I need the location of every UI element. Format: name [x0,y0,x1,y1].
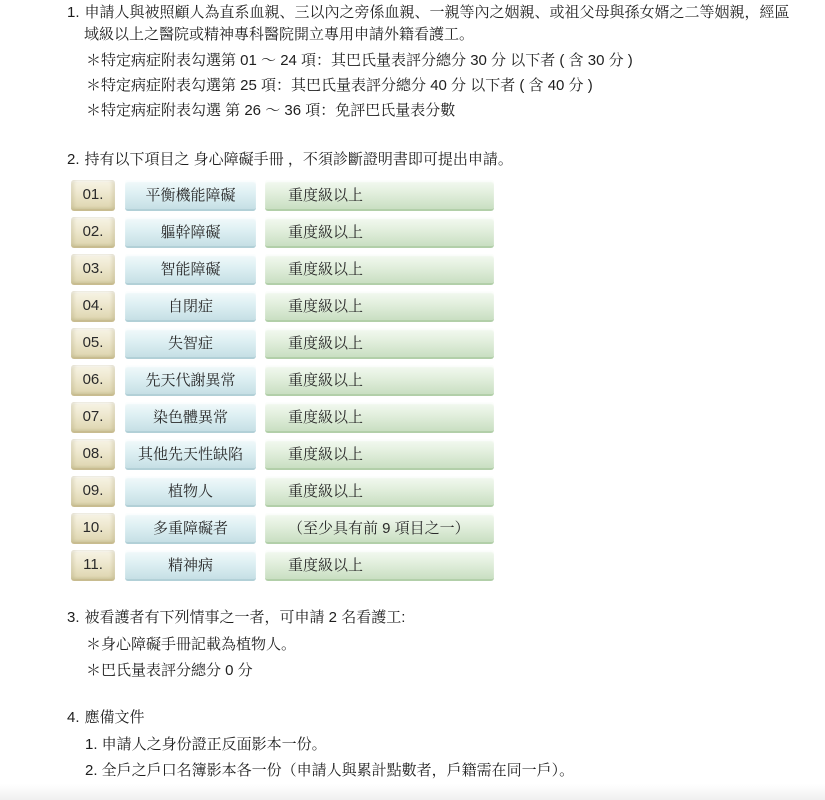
section-1-paragraph: 1.申請人與被照顧人為直系血親、三以內之旁係血親、一親等內之姻親、或祖父母與孫女… [67,2,799,46]
list-item: 1. 申請人之身份證正反面影本一份。 [85,732,811,758]
section-2-heading: 2.持有以下項目之 身心障礙手冊 ，不須診斷證明書即可提出申請。 [67,149,811,171]
table-row: 08. 其他先天性缺陷 重度級以上 [71,439,811,470]
list-item: 2. 全戶之戶口名簿影本各一份（申請人與累計點數者，戶籍需在同一戶）。 [85,758,811,784]
table-row: 10. 多重障礙者 （至少具有前 9 項目之一） [71,513,811,544]
row-level-cell: 重度級以上 [265,439,494,470]
row-number-cell: 02. [71,217,115,248]
table-row: 11. 精神病 重度級以上 [71,550,811,581]
disability-table: 01. 平衡機能障礙 重度級以上 02. 軀幹障礙 重度級以上 03. 智能障礙… [71,180,811,581]
row-name-cell: 多重障礙者 [125,513,256,544]
document-body: 1.申請人與被照顧人為直系血親、三以內之旁係血親、一親等內之姻親、或祖父母與孫女… [0,0,825,784]
table-row: 07. 染色體異常 重度級以上 [71,402,811,433]
row-level-cell: 重度級以上 [265,254,494,285]
row-level-cell: 重度級以上 [265,476,494,507]
table-row: 09. 植物人 重度級以上 [71,476,811,507]
section-4-items: 1. 申請人之身份證正反面影本一份。 2. 全戶之戶口名簿影本各一份（申請人與累… [85,732,811,784]
row-name-cell: 精神病 [125,550,256,581]
row-number-cell: 09. [71,476,115,507]
table-row: 04. 自閉症 重度級以上 [71,291,811,322]
row-number-cell: 10. [71,513,115,544]
table-row: 05. 失智症 重度級以上 [71,328,811,359]
row-level-cell: （至少具有前 9 項目之一） [265,513,494,544]
note-line: ＊身心障礙手冊記載為植物人。 [86,632,811,658]
row-level-cell: 重度級以上 [265,365,494,396]
row-number-cell: 06. [71,365,115,396]
row-name-cell: 染色體異常 [125,402,256,433]
section-1-text: 申請人與被照顧人為直系血親、三以內之旁係血親、一親等內之姻親、或祖父母與孫女婿之… [84,4,790,43]
row-level-cell: 重度級以上 [265,328,494,359]
row-number-cell: 01. [71,180,115,211]
row-name-cell: 軀幹障礙 [125,217,256,248]
section-3-heading: 3.被看護者有下列情事之一者，可申請 2 名看護工: [67,607,811,629]
section-4-text: 應備文件 [85,709,145,726]
row-name-cell: 智能障礙 [125,254,256,285]
note-line: ＊巴氏量表評分總分 0 分 [86,658,811,684]
section-1-notes: ＊特定病症附表勾選第 01 ～ 24 項：其巴氏量表評分總分 30 分 以下者 … [86,48,811,123]
row-number-cell: 05. [71,328,115,359]
section-4-heading: 4.應備文件 [67,707,811,729]
row-number-cell: 11. [71,550,115,581]
row-name-cell: 平衡機能障礙 [125,180,256,211]
section-2-number: 2. [67,151,80,168]
section-3-text: 被看護者有下列情事之一者，可申請 2 名看護工: [85,609,406,626]
table-row: 01. 平衡機能障礙 重度級以上 [71,180,811,211]
row-number-cell: 03. [71,254,115,285]
bottom-page-fade [0,784,825,800]
row-name-cell: 先天代謝異常 [125,365,256,396]
row-number-cell: 07. [71,402,115,433]
section-3-notes: ＊身心障礙手冊記載為植物人。 ＊巴氏量表評分總分 0 分 [86,632,811,684]
table-row: 03. 智能障礙 重度級以上 [71,254,811,285]
note-line: ＊特定病症附表勾選第 25 項：其巴氏量表評分總分 40 分 以下者 ( 含 4… [86,73,811,98]
row-number-cell: 08. [71,439,115,470]
section-4-number: 4. [67,709,80,726]
table-row: 06. 先天代謝異常 重度級以上 [71,365,811,396]
row-level-cell: 重度級以上 [265,550,494,581]
row-name-cell: 植物人 [125,476,256,507]
row-level-cell: 重度級以上 [265,217,494,248]
row-name-cell: 失智症 [125,328,256,359]
section-2-text: 持有以下項目之 身心障礙手冊 ，不須診斷證明書即可提出申請。 [85,151,513,168]
section-3-number: 3. [67,609,80,626]
row-number-cell: 04. [71,291,115,322]
note-line: ＊特定病症附表勾選第 01 ～ 24 項：其巴氏量表評分總分 30 分 以下者 … [86,48,811,73]
row-name-cell: 自閉症 [125,291,256,322]
row-level-cell: 重度級以上 [265,402,494,433]
row-name-cell: 其他先天性缺陷 [125,439,256,470]
section-1-number: 1. [67,4,80,21]
row-level-cell: 重度級以上 [265,180,494,211]
table-row: 02. 軀幹障礙 重度級以上 [71,217,811,248]
note-line: ＊特定病症附表勾選 第 26 ～ 36 項：免評巴氏量表分數 [86,98,811,123]
row-level-cell: 重度級以上 [265,291,494,322]
